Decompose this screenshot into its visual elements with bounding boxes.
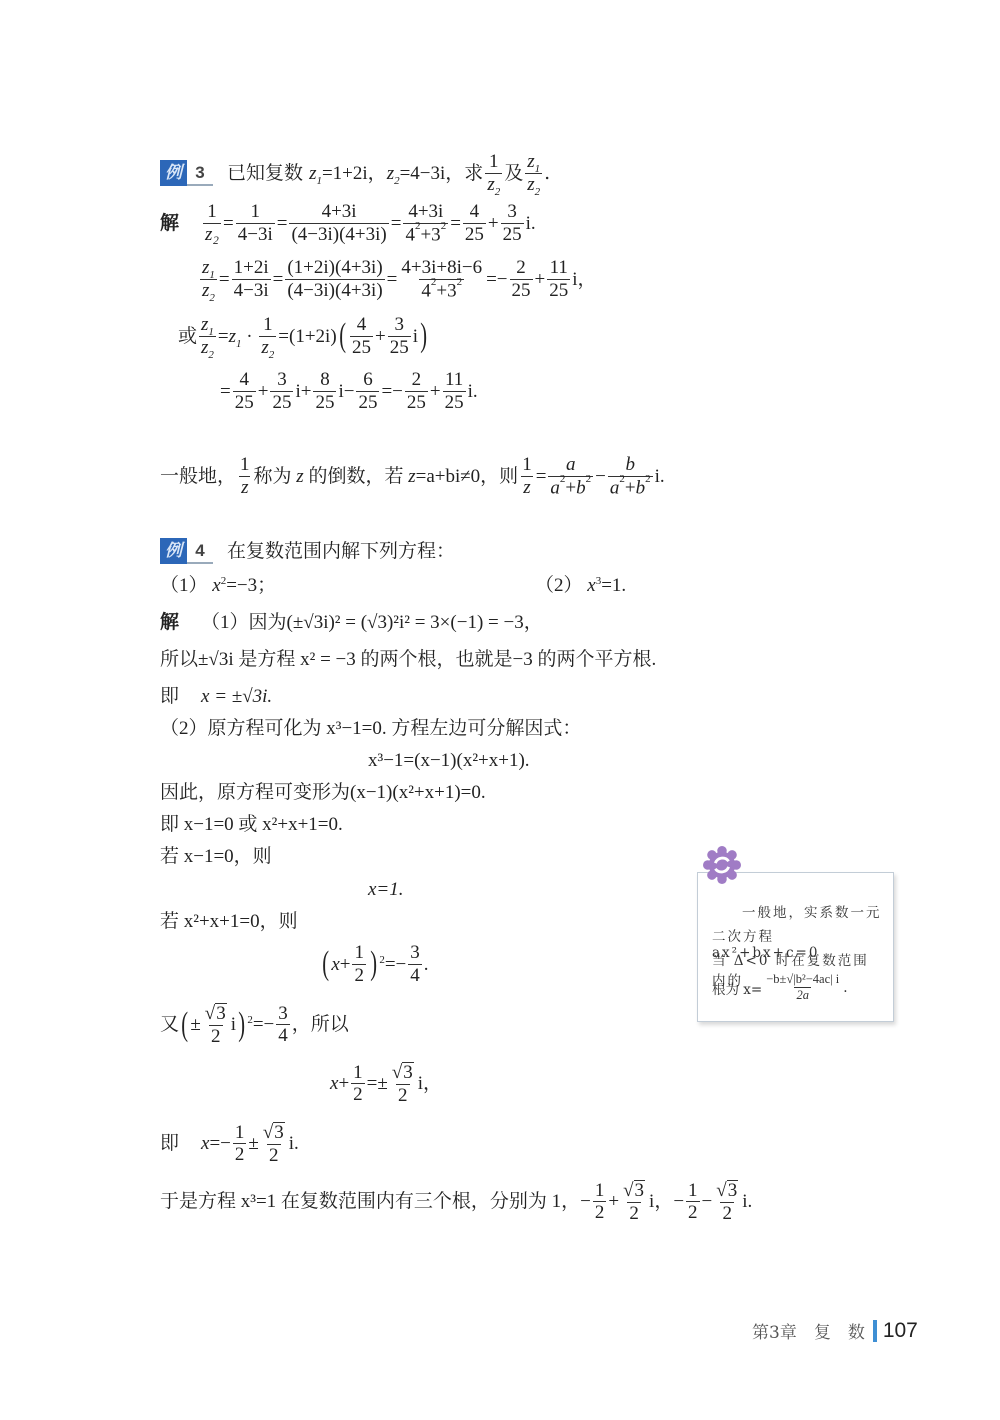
z2-definition: =4−3i，求 [400,164,484,183]
example-4-statement: 在复数范围内解下列方程： [227,542,455,561]
solution-text: 若 x²+x+1=0，则 [160,912,298,931]
solution-text: 因此，原方程可变形为(x−1)(x²+x+1)=0. [160,783,486,802]
fraction: 4+3i+8i−642+32 [399,258,484,301]
solution-3-line-3: 或 z1z2= z1 · 1z2 =(1+2i) ( 425+ 325i ) [178,315,429,358]
page-footer: 第3章 复 数 107 [752,1318,918,1343]
solution-4-line-2: 所以±√3i 是方程 x² = −3 的两个根，也就是−3 的两个平方根. [160,650,656,669]
solution-text: 所以±√3i 是方程 x² = −3 的两个根，也就是−3 的两个平方根. [160,650,656,669]
solution-4-line-8: 若 x−1=0，则 [160,847,272,866]
fraction: 425 [233,370,256,413]
solution-4-line-7: 即 x−1=0 或 x²+x+1=0. [160,815,343,834]
side-note-text: 根为 x= [712,978,762,998]
fraction: 1125 [443,370,466,413]
note-prefix: 一般地， [160,467,236,486]
solution-4-line-3: 即 x = ±√3i. [160,687,272,706]
general-note: 一般地， 1z 称为 z 的倒数，若 z =a+bi≠0，则 1z= aa2+b… [160,455,665,498]
fraction: 1z [238,455,252,498]
expression: =(1+2i) [278,327,336,346]
solution-text: （1）因为(±√3i)² = (√3)²i² = 3×(−1) = −3， [201,613,543,632]
solution-4-line-14: 即 x=−12±√32i. [160,1122,299,1166]
solution-label: 解 [160,613,179,632]
solution-4-line-10: 若 x²+x+1=0，则 [160,912,298,931]
note-text: 称为 [254,467,292,486]
solution-text: x = ±√3i. [201,687,272,706]
fraction: 625 [356,370,379,413]
fraction: 325 [388,315,411,358]
example-badge-char: 例 [160,538,187,564]
equation: =−3； [226,576,276,595]
solution-4-factor: x³−1=(x−1)(x²+x+1). [368,751,530,770]
fraction-1-over-z2: 1z2 [485,152,502,195]
solution-3-line-1: 解 1z₂= 14−3i= 4+3i(4−3i)(4+3i)= 4+3i42+3… [160,202,536,245]
fraction: 1z2 [259,315,276,358]
fraction: 14−3i [236,202,275,245]
solution-4-completed-square: (x+12)2=−34. [320,943,429,986]
solution-3-line-2: z1z2= 1+2i4−3i= (1+2i)(4+3i)(4−3i)(4+3i)… [198,258,597,301]
example-badge-number: 3 [187,160,213,186]
fraction: ba2+b2 [608,455,653,498]
fraction: 1z₂ [203,202,221,245]
var-z1: z1 [309,164,322,183]
fraction: 4+3i(4−3i)(4+3i) [289,202,388,245]
fraction: 1125 [547,258,570,301]
ji-label: 即 [160,687,179,706]
solution-label: 解 [160,214,179,233]
solution-4-line-4: （2）原方程可化为 x³−1=0. 方程左边可分解因式： [160,719,581,738]
side-note-formula: 根为 x= −b±√|b²−4ac| i2a. [712,973,883,1002]
chapter-label: 第3章 复 数 [752,1318,865,1343]
solution-text: 若 x−1=0，则 [160,847,272,866]
example-badge-number: 4 [187,538,213,564]
factorization: x³−1=(x−1)(x²+x+1). [368,751,530,770]
example-4-heading: 例 4 在复数范围内解下列方程： [160,538,455,564]
solution-4-conclusion: 于是方程 x³=1 在复数范围内有三个根，分别为 1， −12+√32i，−12… [160,1180,752,1224]
side-note-box: 一般地，实系数一元 二次方程 ax²+bx+c=0 当 Δ<0 时在复数范围内的… [697,872,894,1022]
solution-4-line-13: x+12=±√32i， [330,1062,442,1106]
fraction: (1+2i)(4+3i)(4−3i)(4+3i) [285,258,384,301]
ji-label: 即 [160,1134,179,1153]
fraction: aa2+b2 [548,455,593,498]
solution-text: ，所以 [292,1015,349,1034]
statement-prefix: 已知复数 [227,164,303,183]
solution-text: 又 [160,1015,179,1034]
example-4-part-2: （2） x3=1. [535,576,626,595]
var-z2: z2 [387,164,400,183]
fraction: 225 [405,370,428,413]
fraction: 1z [520,455,534,498]
fraction: z1z2 [199,315,216,358]
example-badge-char: 例 [160,160,187,186]
fraction: 325 [270,370,293,413]
solution-4-line-6: 因此，原方程可变形为(x−1)(x²+x+1)=0. [160,783,486,802]
and-text: 及 [504,164,523,183]
alt-label: 或 [178,327,197,346]
solution-text: （2）原方程可化为 x³−1=0. 方程左边可分解因式： [160,719,581,738]
solution-3-line-4: =425+ 325i+ 825i− 625=− 225+ 1125i. [220,370,478,413]
fraction: 4+3i42+32 [403,202,448,245]
part-label: （1） [160,576,208,595]
solution-4-x-equals-1: x=1. [368,880,404,899]
fraction: 825 [313,370,336,413]
fraction: 1+2i4−3i [232,258,271,301]
fraction: z1z2 [200,258,217,301]
solution-text: 即 x−1=0 或 x²+x+1=0. [160,815,343,834]
note-text: 的倒数，若 [308,467,403,486]
fraction: 425 [350,315,373,358]
think-icon [703,846,741,884]
fraction: 425 [463,202,486,245]
fraction: 225 [510,258,533,301]
var-z1: z1 [229,327,242,346]
root-1: x=1. [368,880,404,899]
example-3-heading: 例 3 已知复数 z1 =1+2i， z2 =4−3i，求 1z2 及 z1z2… [160,152,550,195]
example-4-badge: 例 4 [160,538,213,564]
fraction: 325 [501,202,524,245]
side-note-line: 一般地，实系数一元 [712,901,883,921]
equation: =1. [601,576,626,595]
solution-4-line-1: 解 （1）因为(±√3i)² = (√3)²i² = 3×(−1) = −3， [160,613,543,632]
part-label: （2） [535,576,583,595]
fraction-z1-over-z2: z1z2 [525,152,542,195]
note-condition: =a+bi≠0，则 [416,467,519,486]
footer-divider [873,1320,877,1342]
conclusion-text: 于是方程 x³=1 在复数范围内有三个根，分别为 1， [160,1192,580,1211]
solution-4-line-12: 又 (±√32i)2=−34 ，所以 [160,1003,349,1047]
example-4-part-1: （1） x2=−3； [160,576,276,595]
z1-definition: =1+2i， [322,164,387,183]
page-number: 107 [883,1319,918,1343]
example-3-badge: 例 3 [160,160,213,186]
